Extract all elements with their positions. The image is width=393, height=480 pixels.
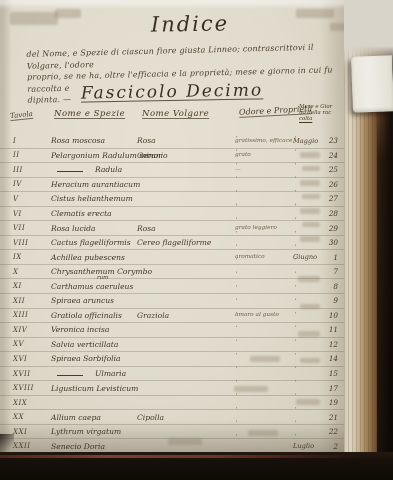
column-header-volgare: Nome Volgare [142, 109, 209, 119]
bleedthrough-mark [300, 304, 320, 309]
bleedthrough-mark [300, 236, 320, 242]
bleedthrough-mark [302, 166, 320, 171]
row-giorno: 1 [325, 253, 341, 262]
row-odore: grato leggiero [235, 225, 293, 231]
row-odore: amaro al gusto [235, 312, 293, 318]
row-giorno: 14 [325, 354, 341, 363]
row-giorno: 10 [325, 311, 341, 320]
row-tavola-numeral: XVIII [13, 384, 51, 392]
bleedthrough-mark [300, 152, 320, 158]
species-name-text: Senecio Doria [51, 442, 105, 451]
row-tavola-numeral: IV [13, 180, 51, 188]
row-giorno: 25 [325, 165, 341, 174]
species-name-text: Spiraea aruncus [51, 296, 114, 305]
ditto-dash [57, 371, 83, 376]
fore-edge-shadow [377, 100, 393, 455]
bookmark-tab [351, 55, 393, 112]
manuscript-scan: Indice del Nome, e Spezie di ciascun fio… [0, 0, 393, 480]
table-row: XXAllium caepaCipolla21 [0, 410, 346, 425]
row-mese: Giugno [293, 253, 325, 261]
row-tavola-numeral: XVII [13, 370, 51, 378]
section-title: Fascicolo Decimo [62, 80, 282, 104]
row-giorno: 23 [325, 136, 341, 145]
row-giorno: 27 [325, 194, 341, 203]
table-row: XIISpiraea aruncus9 [0, 294, 346, 309]
table-row: VCistus helianthemum27 [0, 192, 346, 207]
row-giorno: 12 [325, 340, 341, 349]
table-row: VIClematis erecta28 [0, 207, 346, 222]
row-giorno: 21 [325, 413, 341, 422]
row-giorno: 15 [325, 369, 341, 378]
row-tavola-numeral: III [13, 166, 51, 174]
row-giorno: 28 [325, 209, 341, 218]
row-species-name: Clematis erecta [51, 209, 137, 218]
row-giorno: 29 [325, 224, 341, 233]
table-row: XVIIUlmaria15 [0, 367, 346, 382]
row-volgare-name: Rosa [137, 136, 235, 145]
species-name-text: Lythrum virgatum [51, 427, 121, 436]
bleedthrough-mark [234, 386, 268, 392]
row-tavola-numeral: XI [13, 282, 51, 290]
bleedthrough-mark [298, 331, 320, 337]
manuscript-page: Indice del Nome, e Spezie di ciascun fio… [0, 0, 346, 455]
column-header-tavola: Tavola [10, 110, 34, 120]
bleedthrough-mark [298, 276, 320, 282]
row-tavola-numeral: XIV [13, 326, 51, 334]
mese-header-line: colta [299, 116, 312, 122]
row-species-name: Rosa lucida [51, 224, 137, 233]
row-species-name: Ulmaria [51, 369, 137, 378]
row-species-name: Spiraea Sorbifolia [51, 354, 137, 363]
row-tavola-numeral: II [13, 151, 51, 159]
table-row: XVSalvia verticillata12 [0, 338, 346, 353]
row-giorno: 24 [325, 151, 341, 160]
row-species-name: Salvia verticillata [51, 340, 137, 349]
row-volgare-name: Cipolla [137, 413, 235, 422]
column-header-mese: Mese e Gior no della rac colta [299, 104, 341, 123]
table-row: VIIRosa lucidaRosagrato leggiero29 [0, 221, 346, 236]
species-name-text: Achillea pubescens [51, 253, 125, 262]
row-giorno: 19 [325, 398, 341, 407]
row-giorno: 30 [325, 238, 341, 247]
row-tavola-numeral: XXI [13, 428, 51, 436]
row-tavola-numeral: XIII [13, 311, 51, 319]
bleedthrough-mark [250, 356, 280, 362]
row-giorno: 7 [325, 267, 341, 276]
ditto-dash [57, 167, 83, 172]
row-volgare-name: Cereo flagelliforme [137, 238, 235, 247]
row-odore: grato [235, 152, 293, 158]
row-species-name: Ligusticum Levisticum [51, 384, 137, 393]
row-species-name: Radula [51, 165, 137, 174]
row-species-name: Lythrum virgatum [51, 427, 137, 436]
row-species-name: Rosa moscosa [51, 136, 137, 145]
row-species-name: Spiraea aruncus [51, 296, 137, 305]
row-tavola-numeral: XVI [13, 355, 51, 363]
row-giorno: 11 [325, 325, 341, 334]
bleedthrough-mark [300, 208, 320, 214]
table-row: IRosa moscosaRosagratissimo, efficaceMag… [0, 134, 346, 149]
table-row: XIIIGratiola officinalisGraziolaamaro al… [0, 309, 346, 324]
row-tavola-numeral: V [13, 195, 51, 203]
table-row: XIVVeronica incisa11 [0, 323, 346, 338]
table-row: XVISpiraea Sorbifolia14 [0, 352, 346, 367]
row-tavola-numeral: VIII [13, 239, 51, 247]
bleedthrough-mark [300, 358, 320, 363]
row-volgare-name: Rosa [137, 224, 235, 233]
row-tavola-numeral: VI [13, 210, 51, 218]
row-species-name: Veronica incisa [51, 325, 137, 334]
scan-bottom-band [0, 452, 393, 480]
row-species-name: Chrysanthemum Corymborum [51, 267, 137, 276]
row-odore: — [235, 167, 293, 173]
bleedthrough-mark [300, 180, 320, 186]
bleedthrough-mark [302, 194, 320, 199]
row-giorno: 26 [325, 180, 341, 189]
book-cover-edge-line [0, 455, 360, 458]
table-row: XVIIILigusticum Levisticum17 [0, 381, 346, 396]
row-giorno: 9 [325, 296, 341, 305]
bleedthrough-mark [296, 9, 334, 18]
species-name-text: Veronica incisa [51, 325, 109, 334]
species-name-text: Cactus flagelliformis [51, 238, 131, 247]
row-tavola-numeral: XXII [13, 442, 51, 450]
row-tavola-numeral: XV [13, 340, 51, 348]
row-species-name: Carthamus caeruleus [51, 282, 137, 291]
row-tavola-numeral: I [13, 137, 51, 145]
species-name-text: Gratiola officinalis [51, 311, 122, 320]
row-odore: aromatico [235, 254, 293, 260]
species-name-text: Carthamus caeruleus [51, 282, 133, 291]
species-name-text: Pelargonium Radulum minor [51, 151, 162, 160]
row-tavola-numeral: IX [13, 253, 51, 261]
species-name-text: Cistus helianthemum [51, 194, 133, 203]
row-giorno: 17 [325, 384, 341, 393]
table-row: XICarthamus caeruleus8 [0, 279, 346, 294]
species-name-text: Ligusticum Levisticum [51, 384, 138, 393]
row-giorno: 8 [325, 282, 341, 291]
species-name-text: Rosa lucida [51, 224, 96, 233]
bleedthrough-mark [168, 438, 202, 445]
row-species-name: Senecio Doria [51, 442, 137, 451]
bleedthrough-mark [10, 12, 58, 25]
mese-header-line: no della rac [299, 110, 331, 116]
table-row: IIIRadula—25 [0, 163, 346, 178]
row-volgare-name: Graziola [137, 311, 235, 320]
index-table-header: Tavola Nome e Spezie Nome Volgare Odore … [0, 104, 346, 134]
row-species-name: Cistus helianthemum [51, 194, 137, 203]
row-tavola-numeral: VII [13, 224, 51, 232]
species-name-text: Radula [95, 165, 122, 174]
species-name-continuation: rum [97, 275, 108, 281]
mese-header-line: Mese e Gior [299, 104, 332, 110]
row-species-name: Pelargonium Radulum minor [51, 151, 137, 160]
row-mese: Maggio [293, 137, 325, 145]
row-tavola-numeral: XX [13, 413, 51, 421]
bleedthrough-mark [296, 399, 320, 405]
row-giorno: 2 [325, 442, 341, 451]
row-species-name: Cactus flagelliformis [51, 238, 137, 247]
row-species-name: Heracium aurantiacum [51, 180, 137, 189]
table-row: XChrysanthemum Corymborum7 [0, 265, 346, 280]
table-row: VIIICactus flagelliformisCereo flagellif… [0, 236, 346, 251]
table-row: IXAchillea pubescensaromaticoGiugno1 [0, 250, 346, 265]
table-row: XIX19 [0, 396, 346, 411]
index-table-rows: IRosa moscosaRosagratissimo, efficaceMag… [0, 134, 346, 469]
column-header-nome: Nome e Spezie [54, 109, 125, 119]
bleedthrough-mark [248, 430, 278, 436]
species-name-text: Ulmaria [95, 369, 126, 378]
species-name-text: Heracium aurantiacum [51, 180, 140, 189]
row-species-name: Allium caepa [51, 413, 137, 422]
bleedthrough-mark [55, 9, 81, 18]
row-odore: gratissimo, efficace [235, 138, 293, 144]
row-giorno: 22 [325, 427, 341, 436]
row-tavola-numeral: X [13, 268, 51, 276]
table-row: IVHeracium aurantiacum26 [0, 178, 346, 193]
species-name-text: Rosa moscosa [51, 136, 105, 145]
species-name-text: Salvia verticillata [51, 340, 118, 349]
row-mese: Luglio [293, 442, 325, 450]
species-name-text: Allium caepa [51, 413, 101, 422]
table-row: IIPelargonium Radulum minorGeraniograto2… [0, 149, 346, 164]
row-species-name: Achillea pubescens [51, 253, 137, 262]
row-species-name: Gratiola officinalis [51, 311, 137, 320]
row-tavola-numeral: XIX [13, 399, 51, 407]
species-name-text: Spiraea Sorbifolia [51, 354, 121, 363]
bleedthrough-mark [302, 222, 320, 227]
row-tavola-numeral: XII [13, 297, 51, 305]
species-name-text: Clematis erecta [51, 209, 112, 218]
